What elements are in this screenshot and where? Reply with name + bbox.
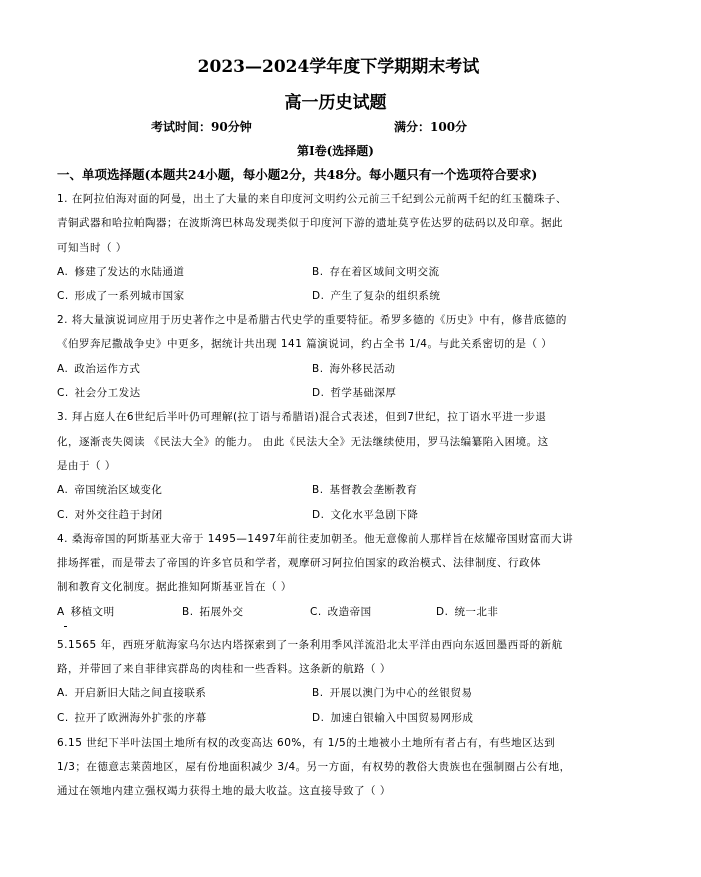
exam-time: 考试时间：90分钟 — [151, 118, 252, 135]
option-c: C.拉开了欧洲海外扩张的序幕 — [57, 711, 207, 725]
option-a: A.开启新旧大陆之间直接联系 — [57, 686, 206, 700]
option-d: D.产生了复杂的组织系统 — [312, 289, 440, 303]
exam-subtitle: 高一历史试题 — [0, 88, 701, 113]
option-d: D.哲学基础深厚 — [312, 386, 396, 400]
question-stem-line: 2. 将大量演说词应用于历史著作之中是希腊古代史学的重要特征。希罗多德的《历史》… — [57, 313, 567, 327]
option-c: C.形成了一系列城市国家 — [57, 289, 185, 303]
question-stem-line: 制和教育文化制度。据此推知阿斯基亚旨在（ ） — [57, 580, 292, 594]
question-stem-line: 6.15 世纪下半叶法国土地所有权的改变高达 60%，有 1/5的土地被小土地所… — [57, 736, 555, 750]
question-stem-line: 化，逐渐丧失阅读 《民法大全》的能力。 由此《民法大全》无法继续使用，罗马法编纂… — [57, 435, 549, 449]
question-stem-line: 通过在领地内建立强权竭力获得土地的最大收益。这直接导致了（ ） — [57, 784, 391, 798]
option-a: A.政治运作方式 — [57, 362, 140, 376]
question-stem-line: 1. 在阿拉伯海对面的阿曼，出土了大量的来自印度河文明约公元前三千纪到公元前两千… — [57, 192, 567, 206]
option-d: D.统一北非 — [436, 605, 498, 619]
question-stem-line: 青铜武器和哈拉帕陶器；在波斯湾巴林岛发现类似于印度河下游的遗址莫亨佐达罗的砝码以… — [57, 216, 563, 230]
option-a: A移植文明 — [57, 605, 115, 619]
question-stem-line: 可知当时（ ） — [57, 241, 127, 255]
option-b: B.基督教会垄断教育 — [312, 483, 418, 497]
volume-heading: 第Ⅰ卷(选择题) — [0, 142, 701, 159]
question-stem-line: 路，并带回了来自菲律宾群岛的肉桂和一些香料。这条新的航路（ ） — [57, 662, 391, 676]
full-score: 满分：100分 — [394, 118, 467, 135]
question-stem-line: 1/3；在德意志莱茵地区，屋有份地面积减少 3/4。另一方面，有权势的教俗大贵族… — [57, 760, 571, 774]
option-d: D.文化水平急剧下降 — [312, 508, 418, 522]
option-c: C.改造帝国 — [310, 605, 372, 619]
option-b: B.海外移民活动 — [312, 362, 396, 376]
question-stem-line: 3. 拜占庭人在6世纪后半叶仍可理解(拉丁语与希腊语)混合式表述，但到7世纪，拉… — [57, 410, 546, 424]
exam-title: 2023—2024学年度下学期期末考试 — [0, 52, 701, 77]
option-d: D.加速白银输入中国贸易网形成 — [312, 711, 473, 725]
section-heading: 一、单项选择题(本题共24小题，每小题2分，共48分。每小题只有一个选项符合要求… — [57, 165, 537, 183]
question-stem-line: 5.1565 年，西班牙航海家乌尔达内塔探索到了一条利用季风洋流沿北太平洋由西向… — [57, 638, 563, 652]
option-b: B.存在着区域间文明交流 — [312, 265, 440, 279]
option-b: B.拓展外交 — [182, 605, 244, 619]
option-b: B.开展以澳门为中心的丝银贸易 — [312, 686, 473, 700]
question-stem-line: 是由于（ ） — [57, 459, 116, 473]
option-c: C.社会分工发达 — [57, 386, 141, 400]
stray-mark — [64, 626, 67, 627]
question-stem-line: 《伯罗奔尼撒战争史》中更多，据统计共出现 141 篇演说词，约占全书 1/4。与… — [57, 337, 552, 351]
option-a: A.修建了发达的水陆通道 — [57, 265, 184, 279]
option-c: C.对外交往趋于封闭 — [57, 508, 163, 522]
option-a: A.帝国统治区域变化 — [57, 483, 162, 497]
question-stem-line: 排场挥霍，而是带去了帝国的许多官员和学者，观摩研习阿拉伯国家的政治模式、法律制度… — [57, 556, 541, 570]
question-stem-line: 4. 桑海帝国的阿斯基亚大帝于 1495—1497年前往麦加朝圣。他无意像前人那… — [57, 532, 573, 546]
exam-page: 2023—2024学年度下学期期末考试 高一历史试题 考试时间：90分钟 满分：… — [0, 0, 701, 877]
